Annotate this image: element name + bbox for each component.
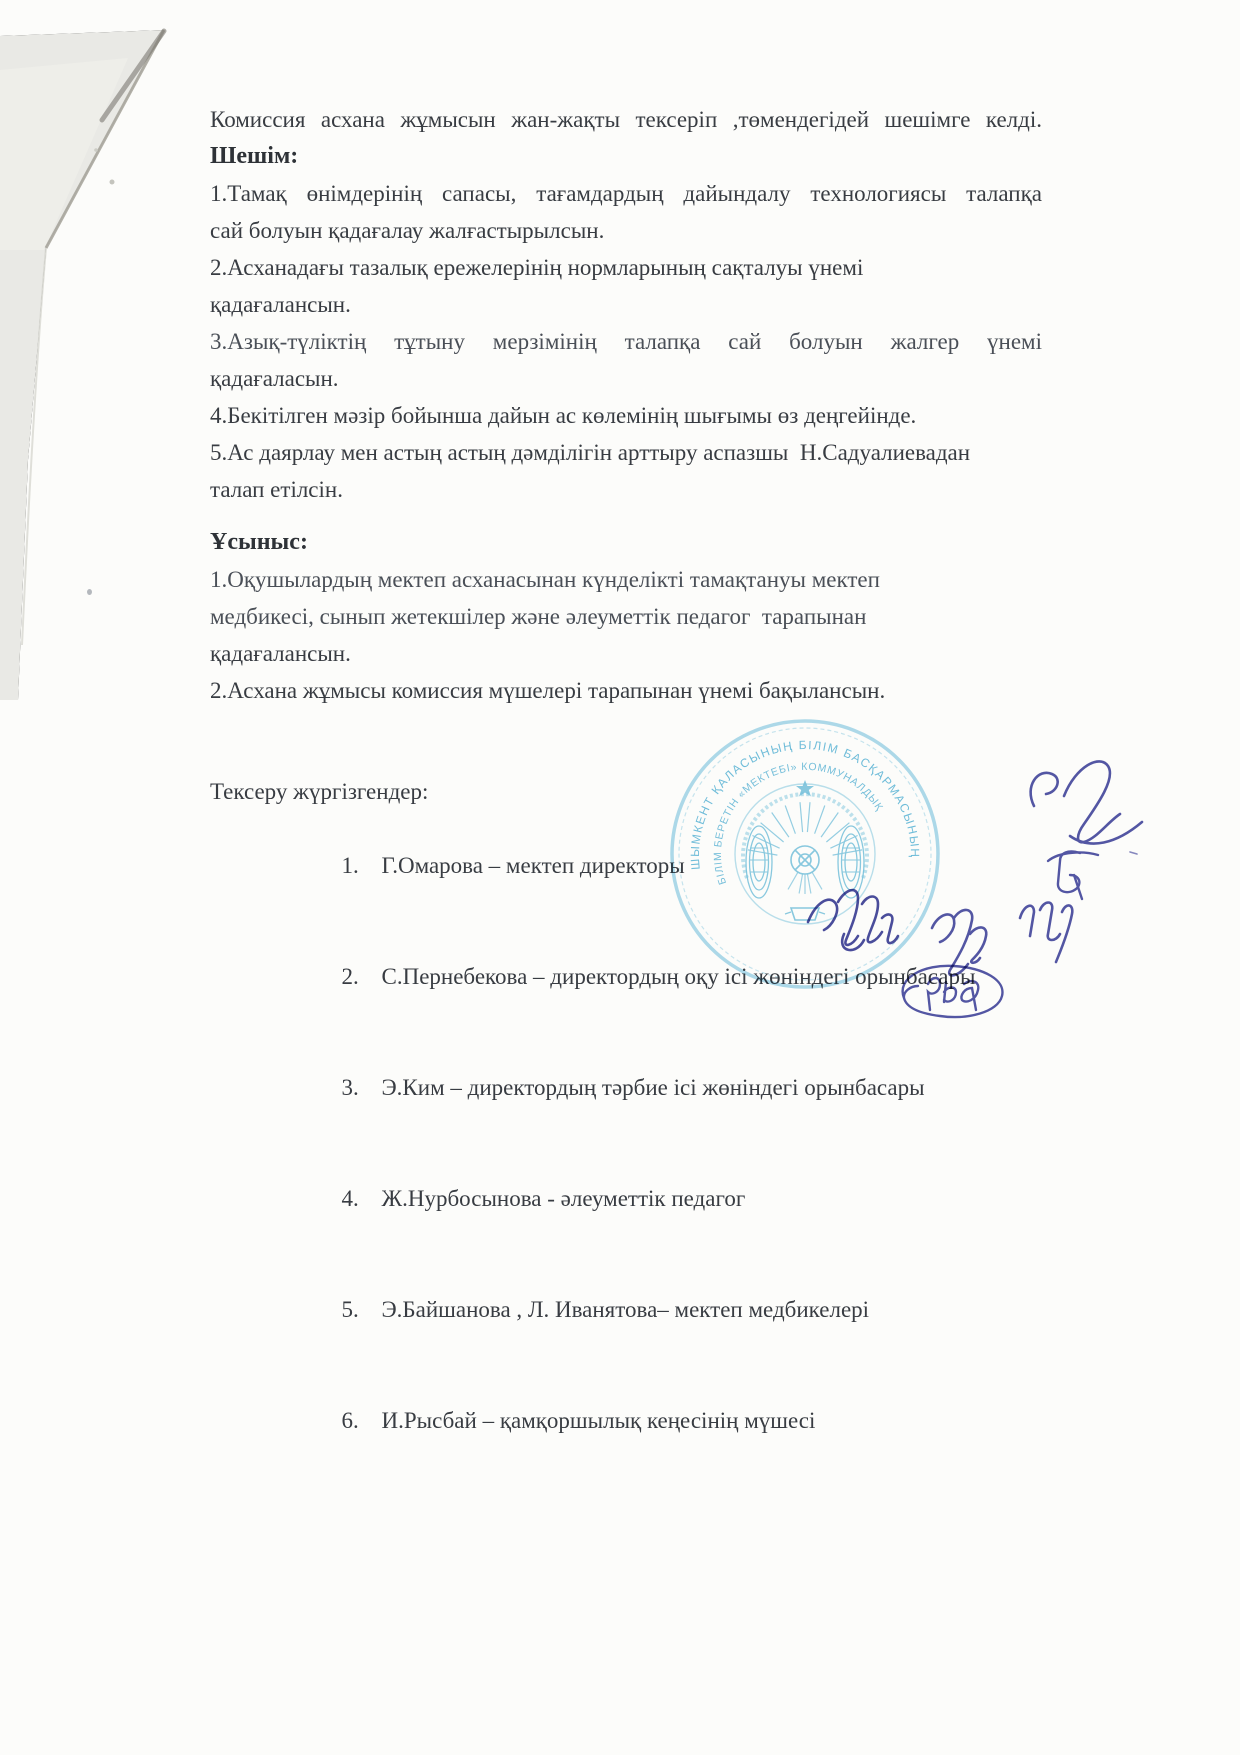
inspector-row: 4.Ж.Нурбосынова - әлеуметтік педагог (210, 1143, 1042, 1254)
recommendation-item-1-line-3: қадағалансын. (210, 635, 1042, 672)
decision-item-5-line-1: 5.Ас даярлау мен астың астың дәмділігін … (210, 434, 1042, 471)
recommendation-item-1-line-2: медбикесі, сынып жетекшілер және әлеумет… (210, 598, 1042, 635)
inspector-text: Ж.Нурбосынова - әлеуметтік педагог (382, 1186, 746, 1211)
signature-deputy-education (1040, 845, 1106, 903)
inspector-number: 4. (342, 1180, 382, 1217)
recommendation-item-1-line-1: 1.Оқушылардың мектеп асханасынан күнделі… (210, 561, 1042, 598)
decision-heading: Шешім: (210, 138, 1042, 175)
inspector-text: С.Пернебекова – директордың оқу ісі жөні… (382, 964, 976, 989)
decision-item-4-line-1: 4.Бекітілген мәзір бойынша дайын ас көле… (210, 397, 1042, 434)
inspector-row: 1.Г.Омарова – мектеп директоры (210, 810, 1042, 921)
inspector-number: 2. (342, 958, 382, 995)
inspector-row: 2.С.Пернебекова – директордың оқу ісі жө… (210, 921, 1042, 1032)
inspector-text: И.Рысбай – қамқоршылық кеңесінің мүшесі (382, 1408, 816, 1433)
intro-line: Комиссия асхана жұмысын жан-жақты тексер… (210, 101, 1042, 138)
inspector-row: 3.Э.Ким – директордың тәрбие ісі жөнінде… (210, 1032, 1042, 1143)
inspectors-heading: Тексеру жүргізгендер: (210, 773, 1042, 810)
recommendation-heading: Ұсыныс: (210, 524, 1042, 561)
inspector-number: 1. (342, 847, 382, 884)
decision-item-5-line-2: талап етілсін. (210, 471, 1042, 508)
inspector-text: Г.Омарова – мектеп директоры (382, 853, 685, 878)
inspector-row: 6.И.Рысбай – қамқоршылық кеңесінің мүшес… (210, 1365, 1042, 1476)
decision-item-1-line-2: сай болуын қадағалау жалғастырылсын. (210, 212, 1042, 249)
inspector-text: Э.Байшанова , Л. Иванятова– мектеп медби… (382, 1297, 870, 1322)
inspector-text: Э.Ким – директордың тәрбие ісі жөніндегі… (382, 1075, 925, 1100)
inspector-number: 3. (342, 1069, 382, 1106)
inspector-number: 6. (342, 1402, 382, 1439)
page-fold-artifact (0, 0, 240, 720)
decision-item-2-line-1: 2.Асханадағы тазалық ережелерінің нормла… (210, 249, 1042, 286)
decision-item-2-line-2: қадағалансын. (210, 286, 1042, 323)
scanned-document-page: Комиссия асхана жұмысын жан-жақты тексер… (0, 0, 1240, 1755)
inspector-row: 5.Э.Байшанова , Л. Иванятова– мектеп мед… (210, 1254, 1042, 1365)
decision-item-3-line-1: 3.Азық-түліктің тұтыну мерзімінің талапқ… (210, 323, 1042, 360)
decision-item-3-line-2: қадағаласын. (210, 360, 1042, 397)
recommendation-item-2-line-1: 2.Асхана жұмысы комиссия мүшелері тарапы… (210, 672, 1042, 709)
document-text: Комиссия асхана жұмысын жан-жақты тексер… (210, 101, 1042, 1476)
inspector-number: 5. (342, 1291, 382, 1328)
decision-item-1-line-1: 1.Тамақ өнімдерінің сапасы, тағамдардың … (210, 175, 1042, 212)
ink-speck (87, 589, 92, 595)
